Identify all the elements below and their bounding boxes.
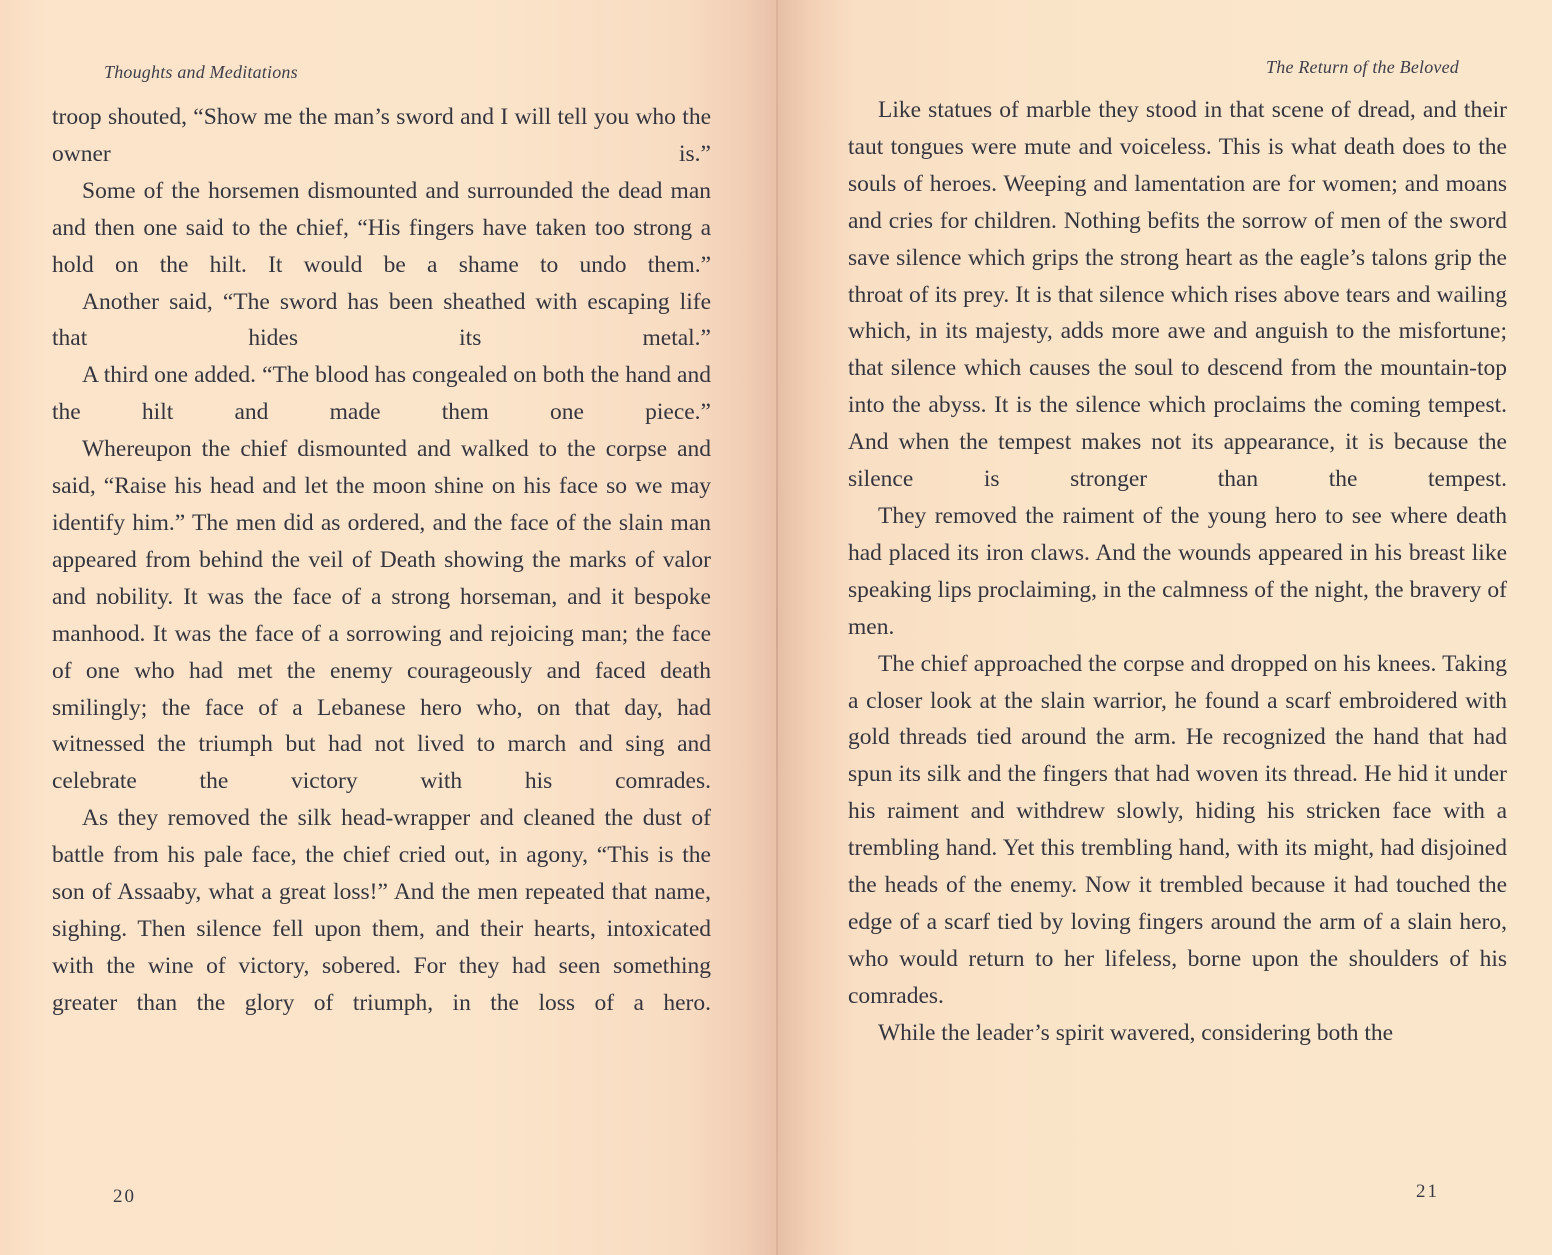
left-page-number: 20 <box>113 1186 136 1208</box>
paragraph: The chief approached the corpse and drop… <box>848 646 1507 1015</box>
paragraph: While the leader’s spirit wavered, consi… <box>848 1015 1507 1052</box>
left-page: Thoughts and Meditations troop shouted, … <box>0 0 778 1255</box>
paragraph: troop shouted, “Show me the man’s sword … <box>52 99 711 173</box>
open-book-spread: Thoughts and Meditations troop shouted, … <box>0 0 1552 1255</box>
paragraph: As they removed the silk head-wrapper an… <box>52 800 711 1021</box>
paragraph: A third one added. “The blood has congea… <box>52 357 711 431</box>
paragraph: They removed the raiment of the young he… <box>848 498 1507 646</box>
paragraph: Some of the horsemen dismounted and surr… <box>52 173 711 284</box>
paragraph: Like statues of marble they stood in tha… <box>848 92 1507 498</box>
right-running-head: The Return of the Beloved <box>1266 57 1459 78</box>
right-page-number: 21 <box>1416 1181 1439 1203</box>
paragraph: Whereupon the chief dismounted and walke… <box>52 431 711 800</box>
paragraph: Another said, “The sword has been sheath… <box>52 284 711 358</box>
left-page-text: troop shouted, “Show me the man’s sword … <box>52 99 711 1022</box>
book-gutter <box>776 0 778 1255</box>
left-running-head: Thoughts and Meditations <box>104 62 298 83</box>
right-page-text: Like statues of marble they stood in tha… <box>848 92 1507 1052</box>
